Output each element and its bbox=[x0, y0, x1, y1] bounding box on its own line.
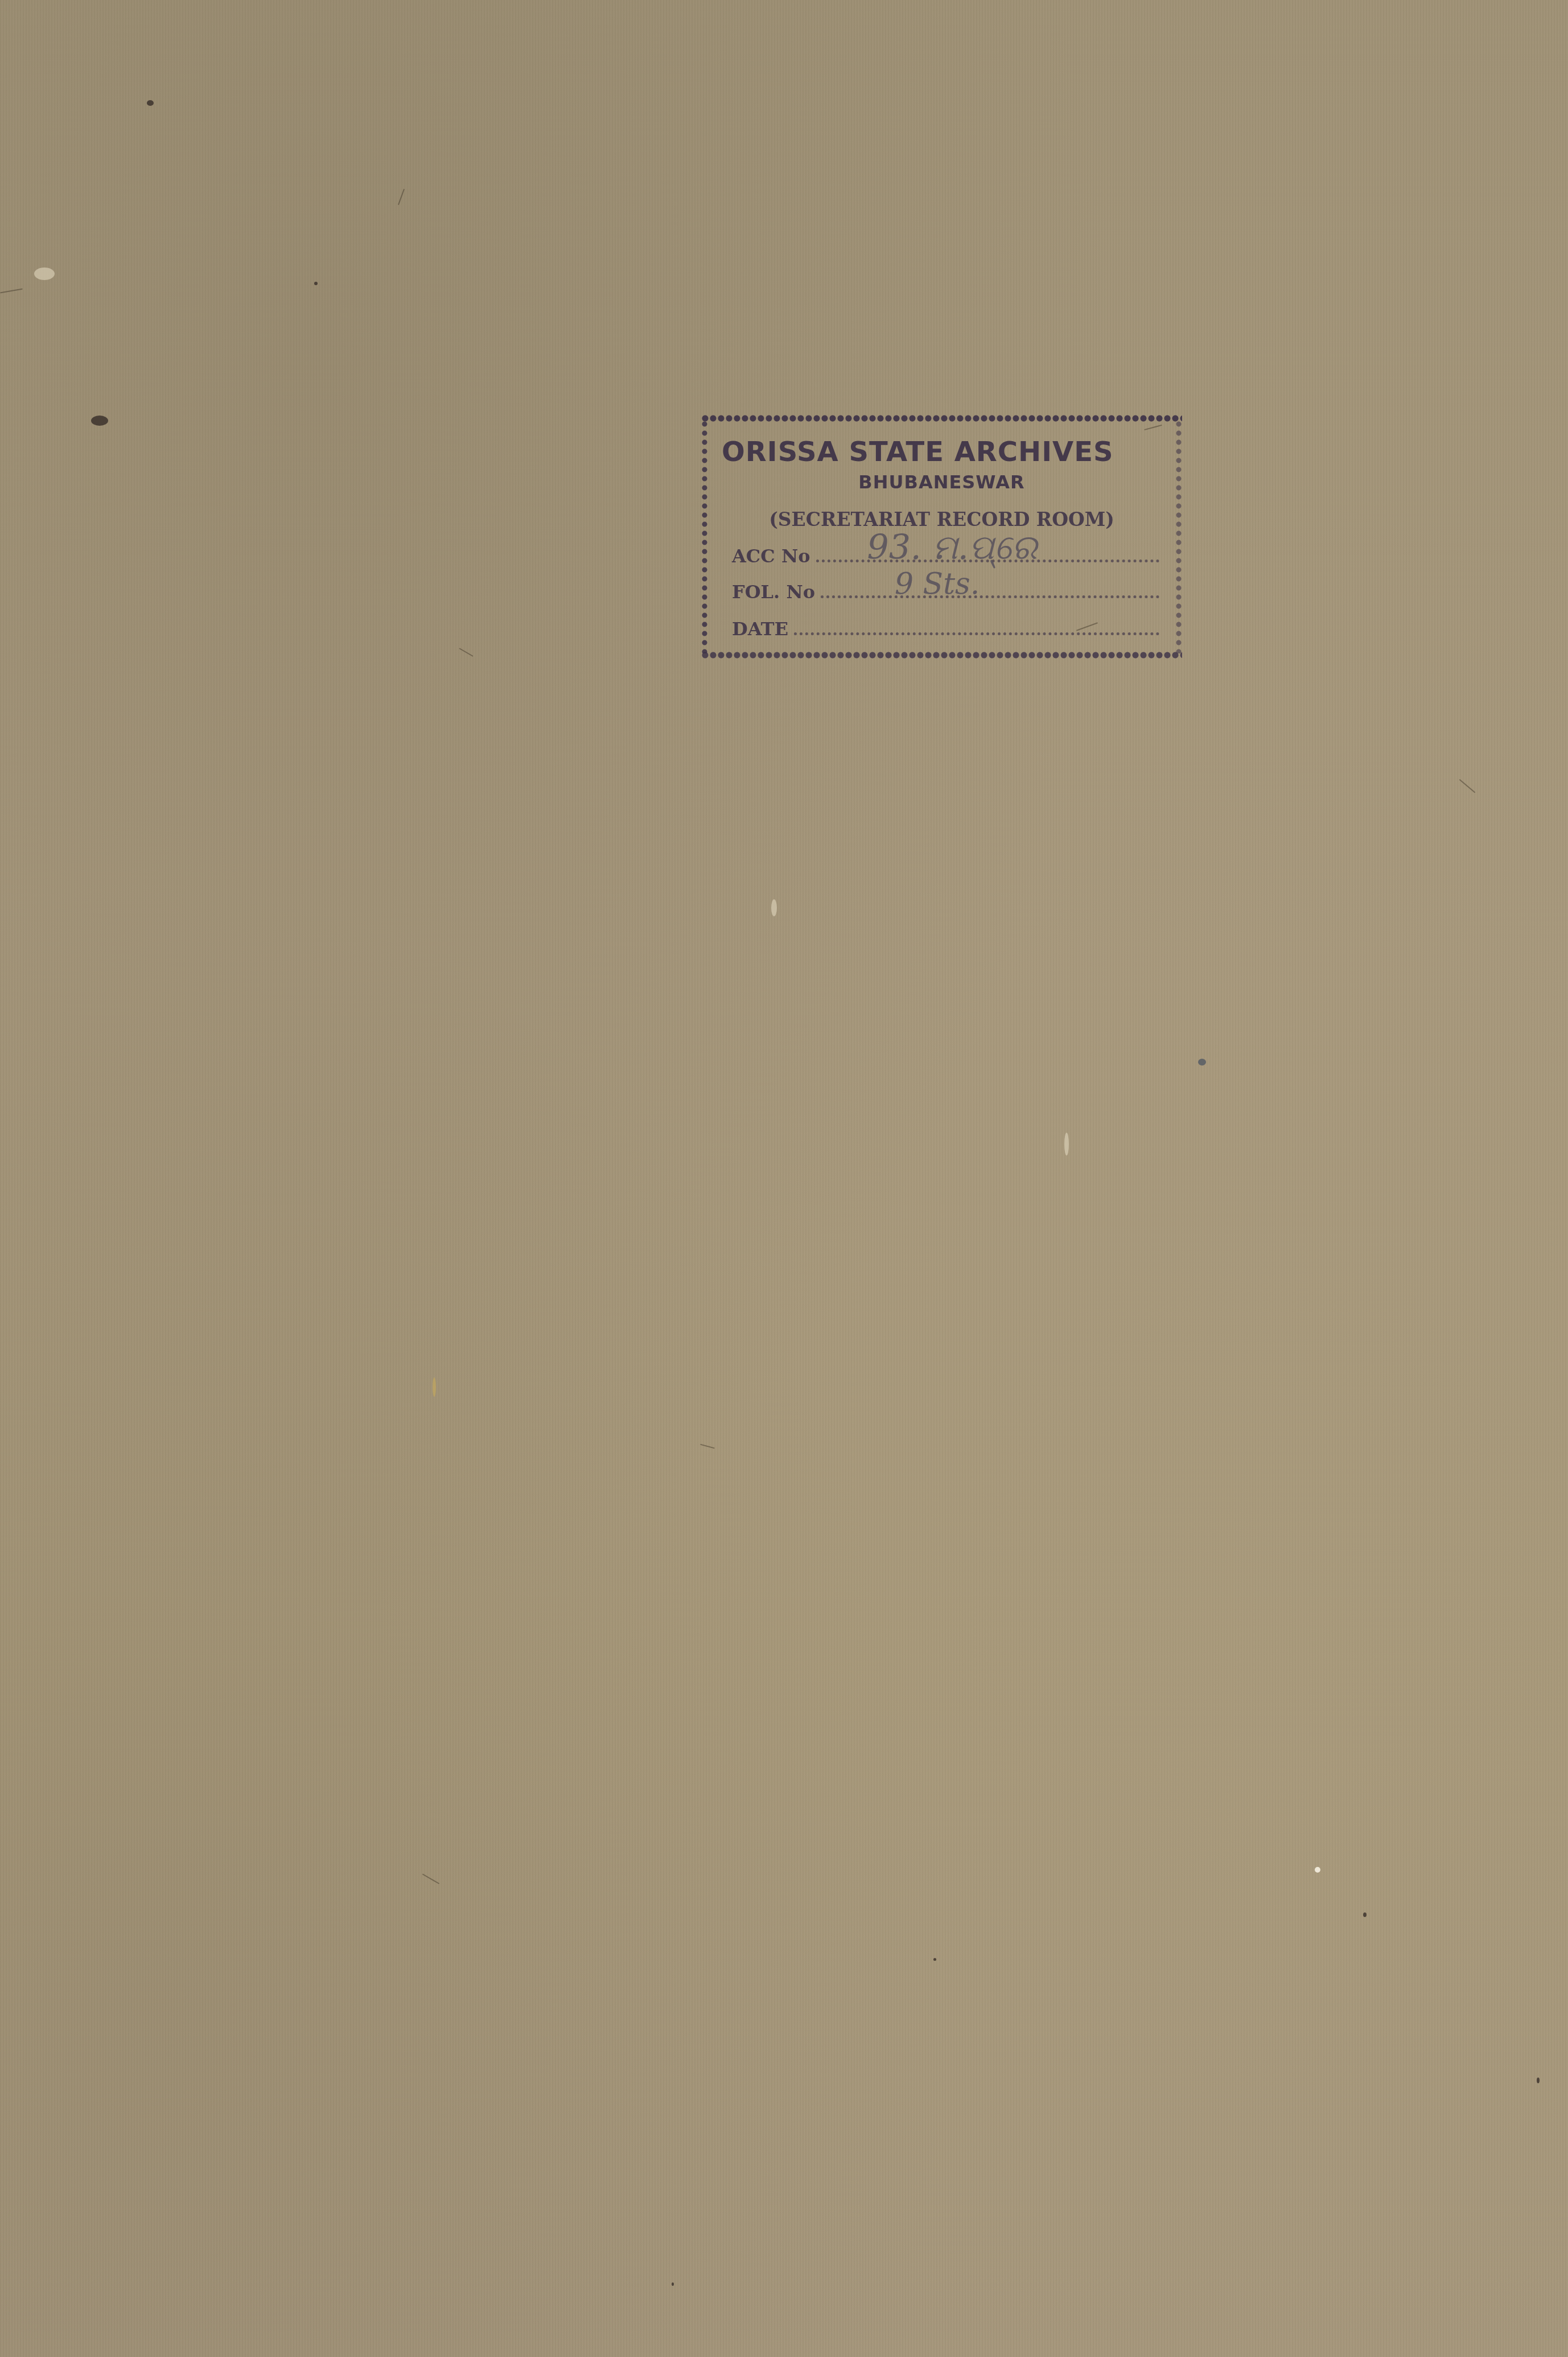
paper-fiber bbox=[0, 289, 23, 294]
paper-speck bbox=[672, 2282, 674, 2286]
paper-speck bbox=[1537, 2078, 1540, 2083]
paper-speck bbox=[1363, 1912, 1367, 1917]
stamp-border bbox=[701, 414, 1182, 422]
stamp-border bbox=[1175, 420, 1182, 653]
paper-fiber bbox=[1459, 779, 1476, 793]
stamp-border bbox=[701, 420, 708, 653]
fol-no-field: FOL. No 9 Sts. bbox=[732, 571, 1159, 603]
date-field: DATE bbox=[732, 608, 1159, 640]
acc-no-value: 93. ମ.ପ୍ରେ bbox=[867, 528, 1038, 567]
stamp-title: ORISSA STATE ARCHIVES bbox=[722, 436, 1171, 468]
fol-no-value: 9 Sts. bbox=[895, 567, 980, 601]
acc-no-line: 93. ମ.ପ୍ରେ bbox=[816, 537, 1160, 562]
paper-speck bbox=[34, 268, 55, 280]
date-line bbox=[794, 610, 1159, 635]
paper-speck bbox=[433, 1377, 436, 1397]
fol-no-label: FOL. No bbox=[732, 581, 815, 603]
acc-no-label: ACC No bbox=[732, 545, 810, 567]
stamp-border bbox=[701, 651, 1182, 659]
fol-no-line: 9 Sts. bbox=[821, 573, 1159, 598]
paper-speck bbox=[1315, 1867, 1320, 1873]
paper-fiber bbox=[398, 189, 405, 205]
paper-speck bbox=[314, 282, 318, 285]
paper-fiber bbox=[422, 1874, 439, 1885]
date-label: DATE bbox=[732, 618, 788, 640]
paper-fiber bbox=[700, 1444, 715, 1449]
paper-cover: ORISSA STATE ARCHIVES BHUBANESWAR (SECRE… bbox=[0, 0, 1568, 2357]
stamp-city: BHUBANESWAR bbox=[701, 471, 1182, 493]
paper-speck bbox=[1064, 1133, 1069, 1155]
acc-no-field: ACC No 93. ମ.ପ୍ରେ bbox=[732, 535, 1159, 567]
paper-speck bbox=[771, 899, 777, 916]
paper-fiber bbox=[459, 648, 473, 657]
paper-speck bbox=[933, 1958, 936, 1961]
paper-speck bbox=[91, 416, 108, 426]
archives-stamp: ORISSA STATE ARCHIVES BHUBANESWAR (SECRE… bbox=[701, 414, 1182, 659]
paper-speck bbox=[147, 100, 154, 106]
paper-speck bbox=[1198, 1059, 1206, 1066]
